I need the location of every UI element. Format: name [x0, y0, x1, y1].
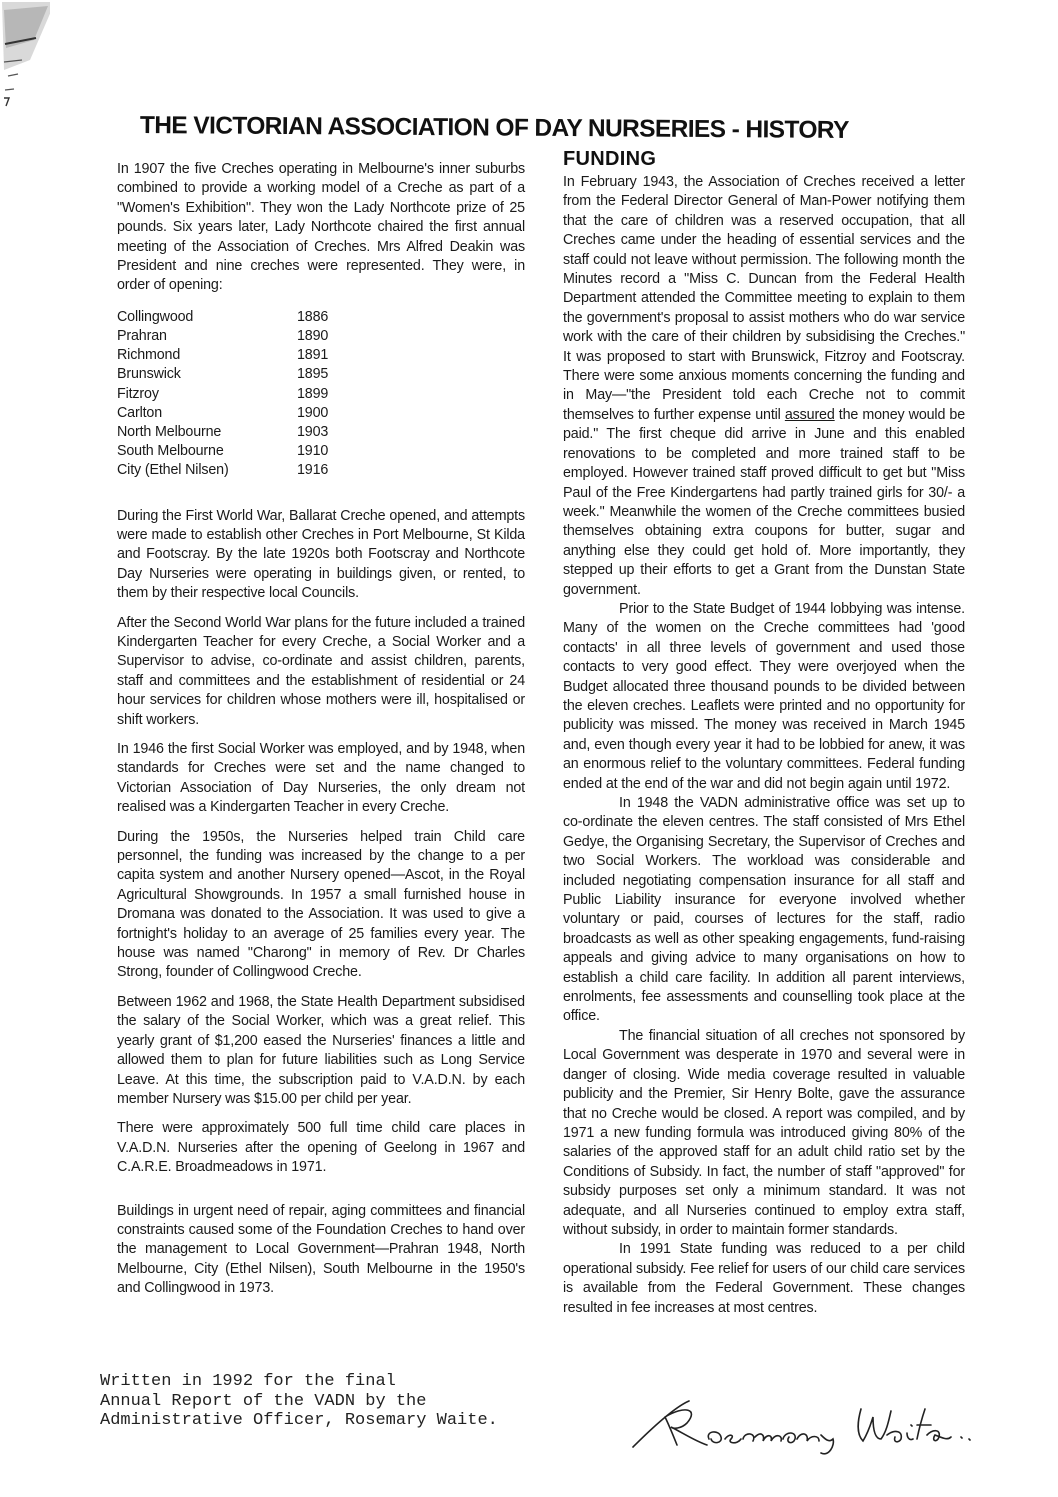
creche-year: 1886	[297, 308, 357, 327]
author-note-line: Annual Report of the VADN by the	[100, 1392, 620, 1412]
scan-artifact	[0, 0, 50, 110]
spacer	[117, 1188, 525, 1202]
creche-year: 1903	[297, 423, 357, 442]
funding-text: In February 1943, the Association of Cre…	[563, 174, 965, 423]
creche-row: North Melbourne 1903	[117, 423, 525, 442]
creche-year: 1910	[297, 442, 357, 461]
creche-list: Collingwood 1886 Prahran 1890 Richmond 1…	[117, 308, 525, 481]
right-column: FUNDING In February 1943, the Associatio…	[563, 147, 965, 1318]
creche-name: Brunswick	[117, 365, 297, 384]
creche-year: 1899	[297, 385, 357, 404]
author-note-line: Administrative Officer, Rosemary Waite.	[100, 1411, 620, 1431]
ww2-paragraph: After the Second World War plans for the…	[117, 614, 525, 730]
ww1-paragraph: During the First World War, Ballarat Cre…	[117, 507, 525, 604]
creche-name: Fitzroy	[117, 385, 297, 404]
funding-1991-paragraph: In 1991 State funding was reduced to a p…	[563, 1240, 965, 1318]
places-paragraph: There were approximately 500 full time c…	[117, 1119, 525, 1177]
creche-row: South Melbourne 1910	[117, 442, 525, 461]
creche-year: 1891	[297, 346, 357, 365]
financial-1970-paragraph: The financial situation of all creches n…	[563, 1027, 965, 1240]
funding-text: the money would be paid." The first cheq…	[563, 407, 965, 598]
funding-heading: FUNDING	[563, 147, 965, 171]
author-note: Written in 1992 for the finalAnnual Repo…	[100, 1372, 620, 1431]
creche-row: City (Ethel Nilsen) 1916	[117, 461, 525, 480]
creche-row: Richmond 1891	[117, 346, 525, 365]
creche-row: Collingwood 1886	[117, 308, 525, 327]
1946-paragraph: In 1946 the first Social Worker was empl…	[117, 740, 525, 818]
creche-name: Richmond	[117, 346, 297, 365]
1950s-paragraph: During the 1950s, the Nurseries helped t…	[117, 828, 525, 983]
buildings-paragraph: Buildings in urgent need of repair, agin…	[117, 1202, 525, 1299]
left-column: In 1907 the five Creches operating in Me…	[117, 160, 525, 1309]
1962-paragraph: Between 1962 and 1968, the State Health …	[117, 993, 525, 1109]
page-title: THE VICTORIAN ASSOCIATION OF DAY NURSERI…	[140, 112, 900, 145]
creche-row: Carlton 1900	[117, 404, 525, 423]
author-note-line: Written in 1992 for the final	[100, 1372, 620, 1392]
creche-name: City (Ethel Nilsen)	[117, 461, 297, 480]
creche-year: 1890	[297, 327, 357, 346]
budget-1944-paragraph: Prior to the State Budget of 1944 lobbyi…	[563, 600, 965, 794]
signature: Rosemary Waite	[625, 1395, 985, 1455]
creche-name: Collingwood	[117, 308, 297, 327]
creche-name: Prahran	[117, 327, 297, 346]
underlined-word: assured	[785, 407, 835, 423]
creche-year: 1895	[297, 365, 357, 384]
creche-name: Carlton	[117, 404, 297, 423]
creche-row: Fitzroy 1899	[117, 385, 525, 404]
office-1948-paragraph: In 1948 the VADN administrative office w…	[563, 794, 965, 1027]
creche-name: North Melbourne	[117, 423, 297, 442]
creche-row: Brunswick 1895	[117, 365, 525, 384]
creche-year: 1916	[297, 461, 357, 480]
creche-row: Prahran 1890	[117, 327, 525, 346]
intro-paragraph: In 1907 the five Creches operating in Me…	[117, 160, 525, 296]
funding-paragraph-1: In February 1943, the Association of Cre…	[563, 173, 965, 600]
creche-year: 1900	[297, 404, 357, 423]
creche-name: South Melbourne	[117, 442, 297, 461]
